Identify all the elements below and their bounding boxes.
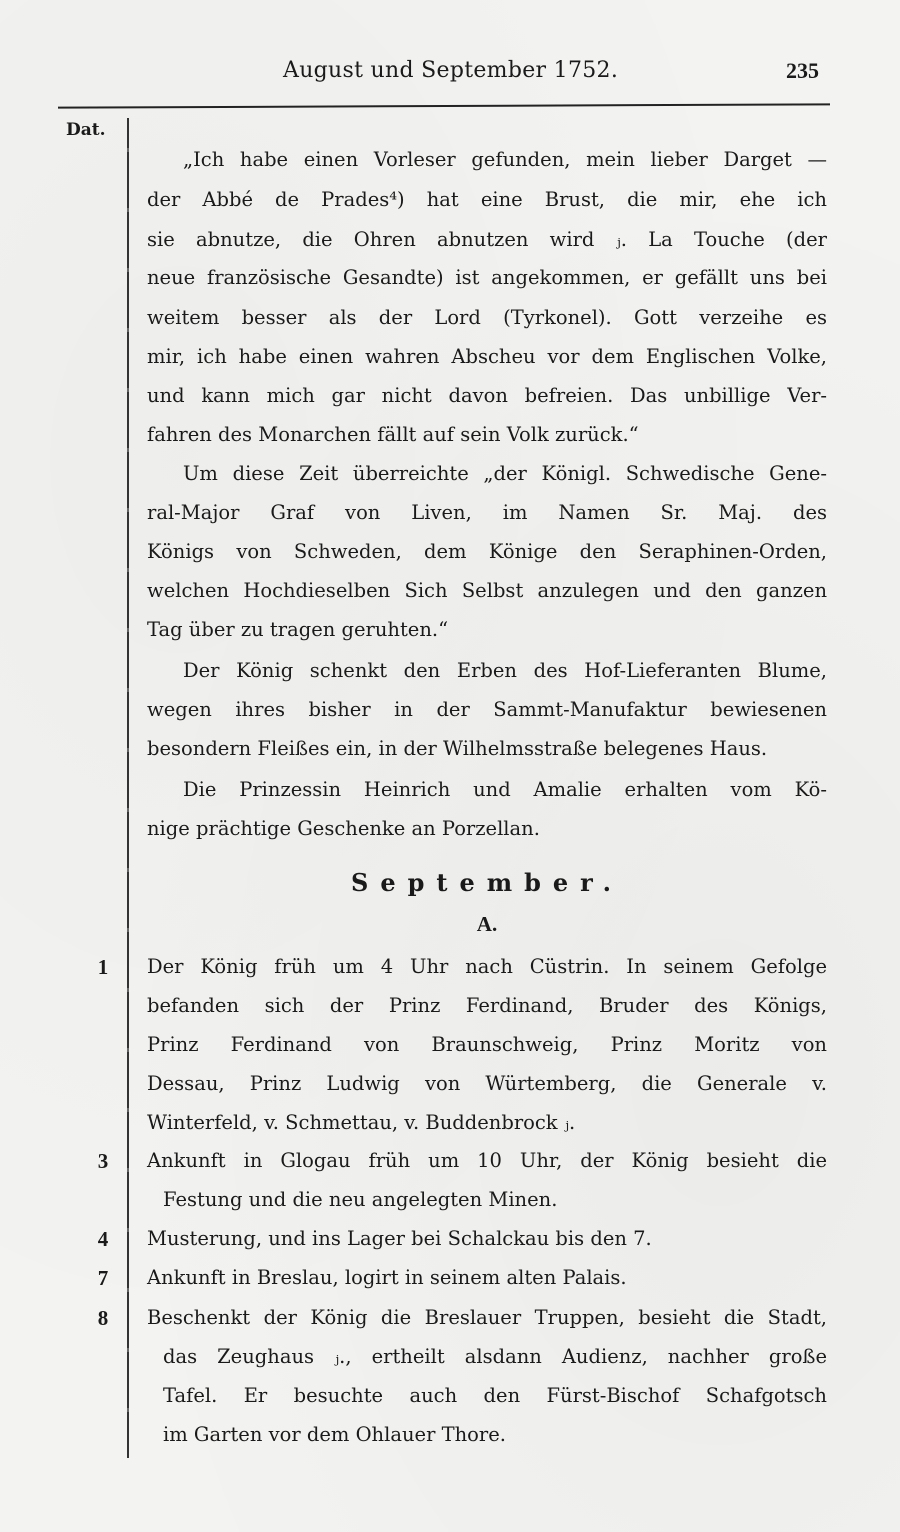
section-subheading: A. [147, 912, 827, 937]
day-number: 1 [88, 947, 118, 987]
text-line: das Zeughaus ⱼ., ertheilt alsdann Audien… [147, 1337, 827, 1377]
text-line: neue französische Gesandte) ist angekomm… [147, 258, 827, 298]
day-number: 7 [88, 1258, 118, 1298]
text-line: „Ich habe einen Vorleser gefunden, mein … [147, 140, 827, 180]
text-line: nige prächtige Geschenke an Porzellan. [147, 809, 827, 849]
text-line: Tag über zu tragen geruhten.“ [147, 610, 827, 650]
text-line: wegen ihres bisher in der Sammt-Manufakt… [147, 690, 827, 730]
text-line: sie abnutze, die Ohren abnutzen wird ⱼ. … [147, 220, 827, 260]
day-number: 8 [88, 1298, 118, 1338]
date-column-label: Dat. [66, 120, 106, 140]
text-line: Festung und die neu angelegten Minen. [147, 1180, 827, 1220]
text-line: welchen Hochdieselben Sich Selbst anzule… [147, 571, 827, 611]
text-line: Prinz Ferdinand von Braunschweig, Prinz … [147, 1025, 827, 1065]
text-line: Dessau, Prinz Ludwig von Würtemberg, die… [147, 1064, 827, 1104]
day-number: 4 [88, 1219, 118, 1259]
text-line: fahren des Monarchen fällt auf sein Volk… [147, 415, 827, 455]
header-rule [58, 103, 830, 108]
text-line: mir, ich habe einen wahren Abscheu vor d… [147, 337, 827, 377]
book-page: August und September 1752. 235 Dat. 1 3 … [0, 0, 900, 1532]
text-line: im Garten vor dem Ohlauer Thore. [147, 1415, 827, 1455]
text-line: besondern Fleißes ein, in der Wilhelmsst… [147, 729, 827, 769]
text-line: Der König früh um 4 Uhr nach Cüstrin. In… [147, 947, 827, 987]
text-line: der Abbé de Prades⁴) hat eine Brust, die… [147, 180, 827, 220]
text-line: Königs von Schweden, dem Könige den Sera… [147, 532, 827, 572]
text-line: Tafel. Er besuchte auch den Fürst-Bischo… [147, 1376, 827, 1416]
page-number: 235 [786, 58, 819, 84]
date-column-divider [127, 118, 129, 1458]
text-line: Musterung, und ins Lager bei Schalckau b… [147, 1219, 827, 1259]
text-line: Um diese Zeit überreichte „der Königl. S… [147, 454, 827, 494]
text-line: Die Prinzessin Heinrich und Amalie erhal… [147, 770, 827, 810]
running-title: August und September 1752. [283, 58, 618, 83]
text-line: und kann mich gar nicht davon befreien. … [147, 376, 827, 416]
text-line: Ankunft in Breslau, logirt in seinem alt… [147, 1258, 827, 1298]
text-line: Beschenkt der König die Breslauer Truppe… [147, 1298, 827, 1338]
section-heading-september: September. [147, 868, 827, 897]
text-line: Ankunft in Glogau früh um 10 Uhr, der Kö… [147, 1141, 827, 1181]
running-header: August und September 1752. 235 [0, 58, 900, 98]
text-line: weitem besser als der Lord (Tyrkonel). G… [147, 298, 827, 338]
text-line: Winterfeld, v. Schmettau, v. Buddenbrock… [147, 1103, 827, 1143]
text-line: ral-Major Graf von Liven, im Namen Sr. M… [147, 493, 827, 533]
day-number: 3 [88, 1141, 118, 1181]
text-line: Der König schenkt den Erben des Hof-Lief… [147, 651, 827, 691]
text-line: befanden sich der Prinz Ferdinand, Brude… [147, 986, 827, 1026]
